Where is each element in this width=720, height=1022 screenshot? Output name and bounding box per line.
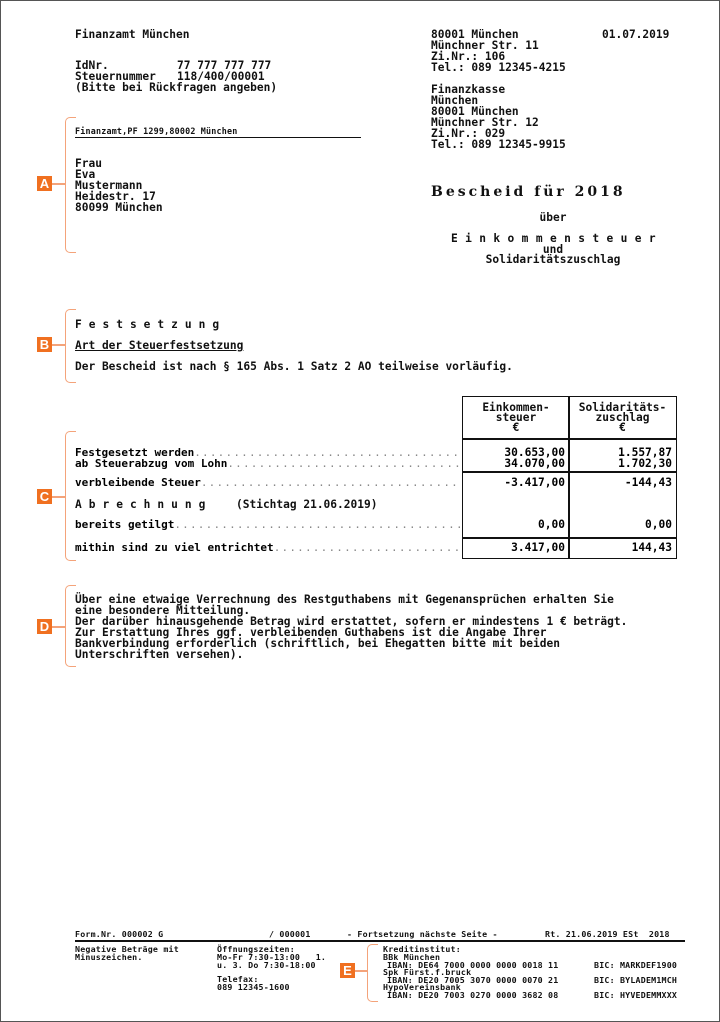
bank-bic: BIC: BYLADEM1MCH (594, 976, 677, 984)
table-row: verbleibende Steuer.....................… (75, 477, 461, 488)
annotation-c-connector (52, 496, 66, 498)
annotation-d-badge: D (37, 619, 52, 634)
leader-dots: ........................................… (227, 458, 461, 469)
festsetzung-text: Der Bescheid ist nach § 165 Abs. 1 Satz … (75, 361, 513, 372)
value-soli: 0,00 (570, 519, 672, 530)
finanzkasse-line: Tel.: 089 12345-9915 (431, 139, 566, 150)
abrechnung-note: (Stichtag 21.06.2019) (236, 499, 377, 510)
bank-iban: IBAN: DE20 7003 0270 0000 3682 08 (387, 991, 558, 999)
opening-hours-line: u. 3. Do 7:30-18:00 (217, 961, 316, 969)
document-title: Bescheid für 2018 (431, 187, 675, 198)
notice-line: Unterschriften versehen). (75, 649, 243, 660)
value-income-tax: 3.417,00 (464, 542, 565, 553)
abrechnung-heading: Abrechnung (75, 499, 212, 510)
reference-hint: (Bitte bei Rückfragen angeben) (75, 82, 277, 93)
annotation-a-connector (52, 183, 66, 185)
footer-divider (75, 940, 685, 942)
row-label: verbleibende Steuer (75, 477, 201, 488)
annotation-e-connector (355, 970, 368, 972)
annotation-d-bracket (65, 585, 76, 667)
table-row: bereits getilgt.........................… (75, 519, 461, 530)
form-number: Form.Nr. 000002 G (75, 930, 163, 938)
annotation-d-connector (52, 626, 66, 628)
row-label: bereits getilgt (75, 519, 174, 530)
column-header-line: € (570, 422, 675, 433)
annotation-c-bracket (65, 431, 76, 561)
value-soli: 1.702,30 (570, 458, 672, 469)
annotation-a-bracket (65, 117, 76, 253)
leader-dots: ........................................… (201, 477, 461, 488)
column-header-line: € (464, 422, 568, 433)
leader-dots: ........................................… (274, 542, 461, 553)
value-soli: -144,43 (570, 477, 672, 488)
page-reference: / 000001 (269, 930, 311, 938)
annotation-b-connector (52, 344, 66, 346)
value-income-tax: 34.070,00 (464, 458, 565, 469)
sender-underline (75, 137, 361, 138)
annotation-a-badge: A (37, 176, 52, 191)
row-label: Festgesetzt werden (75, 447, 194, 458)
title-tax-type: Einkommensteuer (451, 233, 683, 244)
annotation-b-bracket (65, 309, 76, 383)
festsetzung-subheading: Art der Steuerfestsetzung (75, 340, 243, 351)
continuation-note: - Fortsetzung nächste Seite - (347, 930, 498, 938)
title-over: über (431, 212, 675, 223)
title-soli: Solidaritätszuschlag (431, 254, 675, 265)
row-label: ab Steuerabzug vom Lohn (75, 458, 227, 469)
sender-line: Finanzamt,PF 1299,80002 München (75, 127, 238, 135)
bank-bic: BIC: MARKDEF1900 (594, 961, 677, 969)
table-row: ab Steuerabzug vom Lohn.................… (75, 458, 461, 469)
value-soli: 144,43 (570, 542, 672, 553)
document-date: 01.07.2019 (602, 29, 669, 40)
festsetzung-heading: Festsetzung (75, 319, 226, 330)
negative-note-line: Minuszeichen. (75, 953, 143, 961)
annotation-c-badge: C (37, 489, 52, 504)
fax-line: 089 12345-1600 (217, 983, 290, 991)
annotation-e-bracket (367, 944, 378, 1002)
tax-assessment-page: Finanzamt München IdNr. 77 777 777 777 S… (0, 0, 720, 1022)
authority-name: Finanzamt München (75, 29, 190, 40)
bank-bic: BIC: HYVEDEMMXXX (594, 991, 677, 999)
value-income-tax: 0,00 (464, 519, 565, 530)
annotation-b-badge: B (37, 337, 52, 352)
table-row: Festgesetzt werden......................… (75, 447, 461, 458)
row-label: mithin sind zu viel entrichtet (75, 542, 274, 553)
table-row: mithin sind zu viel entrichtet..........… (75, 542, 461, 553)
rt-date: Rt. 21.06.2019 ESt 2018 (545, 930, 670, 938)
office-line: Tel.: 089 12345-4215 (431, 62, 566, 73)
leader-dots: ........................................… (174, 519, 461, 530)
annotation-e-badge: E (340, 963, 355, 978)
leader-dots: ........................................… (194, 447, 461, 458)
recipient-line: 80099 München (75, 202, 163, 213)
value-income-tax: -3.417,00 (464, 477, 565, 488)
